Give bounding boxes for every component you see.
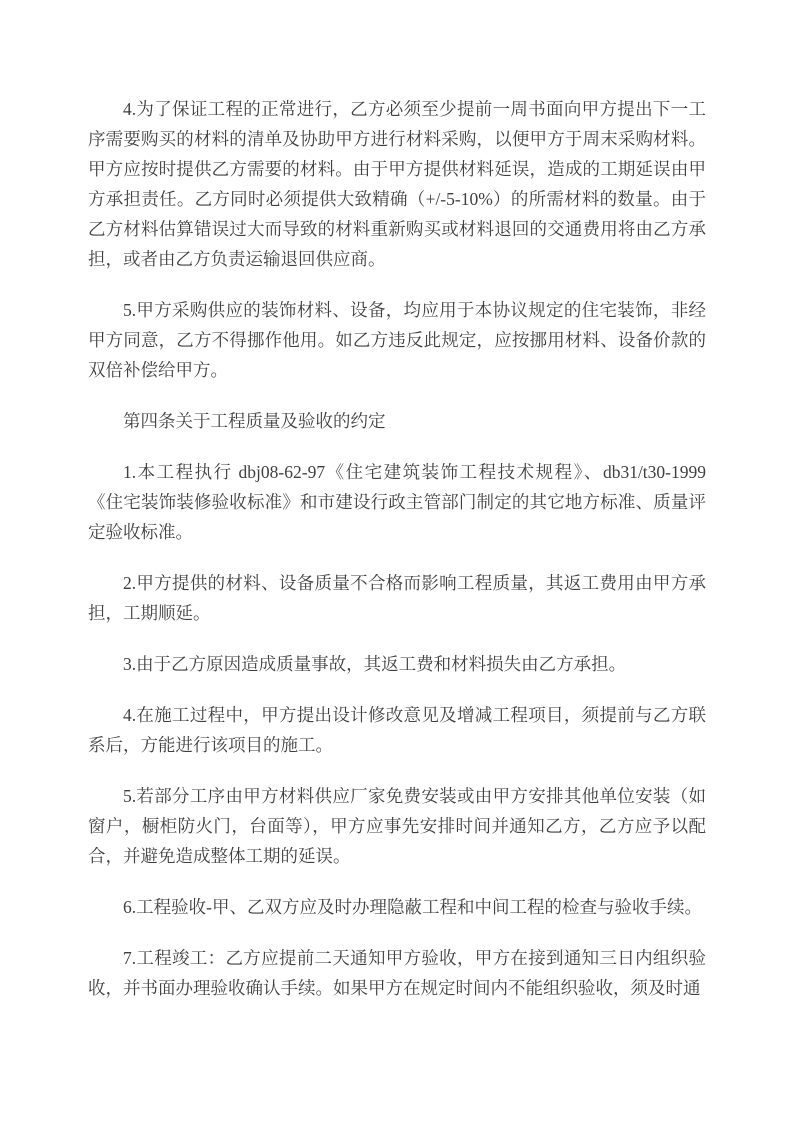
clause-4-item-5-paragraph: 5.若部分工序由甲方材料供应厂家免费安装或由甲方安排其他单位安装（如窗户，橱柜防… [88, 781, 706, 871]
clause-4-item-1-paragraph: 1.本工程执行 dbj08-62-97《住宅建筑装饰工程技术规程》、db31/t… [88, 457, 706, 547]
clause-4-item-2-paragraph: 2.甲方提供的材料、设备质量不合格而影响工程质量，其返工费用由甲方承担，工期顺延… [88, 568, 706, 628]
clause-4-item-6-paragraph: 6.工程验收-甲、乙双方应及时办理隐蔽工程和中间工程的检查与验收手续。 [88, 892, 706, 922]
article-4-heading: 第四条关于工程质量及验收的约定 [88, 406, 706, 436]
clause-3-item-4-paragraph: 4.为了保证工程的正常进行，乙方必须至少提前一周书面向甲方提出下一工序需要购买的… [88, 94, 706, 274]
clause-3-item-5-paragraph: 5.甲方采购供应的装饰材料、设备，均应用于本协议规定的住宅装饰，非经甲方同意，乙… [88, 295, 706, 385]
clause-4-item-3-paragraph: 3.由于乙方原因造成质量事故，其返工费和材料损失由乙方承担。 [88, 649, 706, 679]
clause-4-item-4-paragraph: 4.在施工过程中，甲方提出设计修改意见及增减工程项目，须提前与乙方联系后，方能进… [88, 700, 706, 760]
clause-4-item-7-paragraph: 7.工程竣工：乙方应提前二天通知甲方验收，甲方在接到通知三日内组织验收，并书面办… [88, 943, 706, 1003]
document-page: 4.为了保证工程的正常进行，乙方必须至少提前一周书面向甲方提出下一工序需要购买的… [0, 0, 793, 1122]
